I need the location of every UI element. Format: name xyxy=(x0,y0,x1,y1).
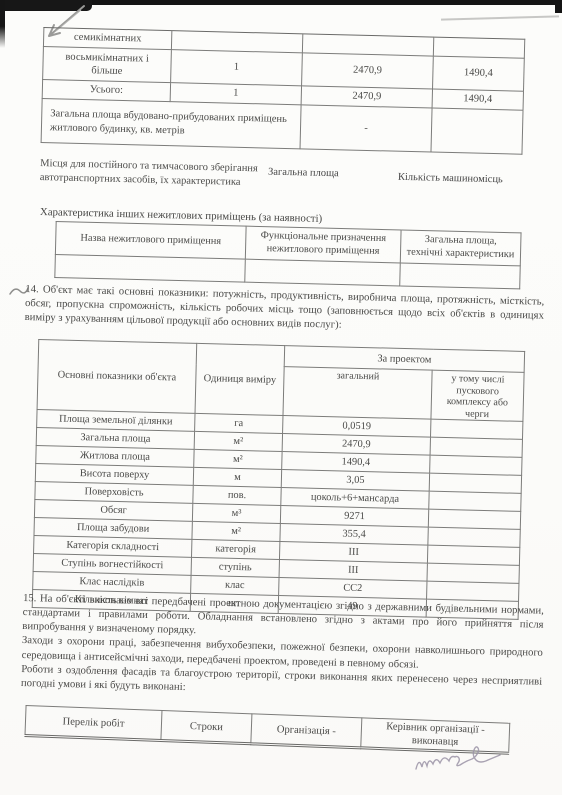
indicator-unit: м² xyxy=(194,431,282,451)
signature-scribble xyxy=(412,741,516,783)
col-terms: Строки xyxy=(161,711,252,745)
parking-places-label: Місця для постійного та тимчасового збер… xyxy=(40,157,269,190)
empty-cell xyxy=(429,473,521,493)
parking-note-row: Місця для постійного та тимчасового збер… xyxy=(40,157,541,196)
subcol-total: загальний xyxy=(283,367,432,420)
living-area-cell: 1490,4 xyxy=(432,89,523,110)
scan-artifact-left-edge xyxy=(0,0,5,48)
scan-artifact-faint-line xyxy=(441,15,559,20)
col-area-specs: Загальна площа, технічні характеристики xyxy=(400,230,521,266)
empty-cell xyxy=(431,419,523,439)
col-functional-purpose: Функціональне призначення нежитлового пр… xyxy=(245,226,401,263)
empty-cell xyxy=(430,455,522,475)
count-cell: 1 xyxy=(171,50,303,86)
indicator-unit: м² xyxy=(192,521,280,541)
empty-cell xyxy=(430,437,522,457)
empty-cell xyxy=(400,263,521,289)
empty-cell xyxy=(429,491,521,511)
indicator-unit: га xyxy=(195,413,283,433)
indicator-unit: клас xyxy=(191,575,279,595)
residential-summary-table: семикімнатних восьмикімнатних і більше 1… xyxy=(41,27,526,155)
col-works-list: Перелік робіт xyxy=(25,706,162,741)
living-area-cell xyxy=(433,37,524,58)
empty-cell xyxy=(427,563,519,583)
indicator-unit: м³ xyxy=(192,503,280,523)
empty-cell xyxy=(428,527,520,547)
total-area-cell: 2470,9 xyxy=(302,53,434,89)
builtin-area-value: - xyxy=(300,105,432,152)
paragraph-15-block: 15. На об'єкті виконано всі передбачені … xyxy=(21,591,544,703)
builtin-area-label: Загальна площа вбудовано-прибудованих пр… xyxy=(41,99,301,149)
indicator-unit: категорія xyxy=(191,539,279,559)
nonresidential-table: Назва нежитлового приміщення Функціональ… xyxy=(54,221,521,289)
empty-cell xyxy=(55,255,246,283)
room-type-label: восьмикімнатних і більше xyxy=(43,47,172,83)
empty-cell xyxy=(428,509,520,529)
col-organization: Організація - xyxy=(251,714,362,748)
empty-cell xyxy=(431,108,523,154)
col-indicator: Основні показники об'єкта xyxy=(37,340,197,414)
col-unit: Одиниця виміру xyxy=(195,343,285,415)
indicator-unit: м xyxy=(193,467,281,487)
paragraph-14: 14. Об'єкт має такі основні показники: п… xyxy=(24,283,544,337)
indicator-unit: пов. xyxy=(193,485,281,505)
car-places-count-label: Кількість машиномісць xyxy=(398,166,541,197)
col-premise-name: Назва нежитлового приміщення xyxy=(55,222,246,260)
subcol-startup-queue: у тому числі пускового комплексу або чер… xyxy=(431,370,524,421)
indicator-unit: ступінь xyxy=(191,557,279,577)
scan-artifact-corner-right xyxy=(555,0,562,13)
table-header-row: Основні показники об'єкта Одиниця виміру… xyxy=(38,340,524,373)
indicators-table: Основні показники об'єкта Одиниця виміру… xyxy=(32,339,525,620)
indicator-unit: м² xyxy=(194,449,282,469)
empty-cell xyxy=(427,581,519,601)
empty-cell xyxy=(245,259,401,286)
empty-cell xyxy=(427,545,519,565)
living-area-cell: 1490,4 xyxy=(433,56,525,91)
scanned-page: семикімнатних восьмикімнатних і більше 1… xyxy=(0,0,562,795)
total-area-label: Загальна площа xyxy=(268,163,399,193)
